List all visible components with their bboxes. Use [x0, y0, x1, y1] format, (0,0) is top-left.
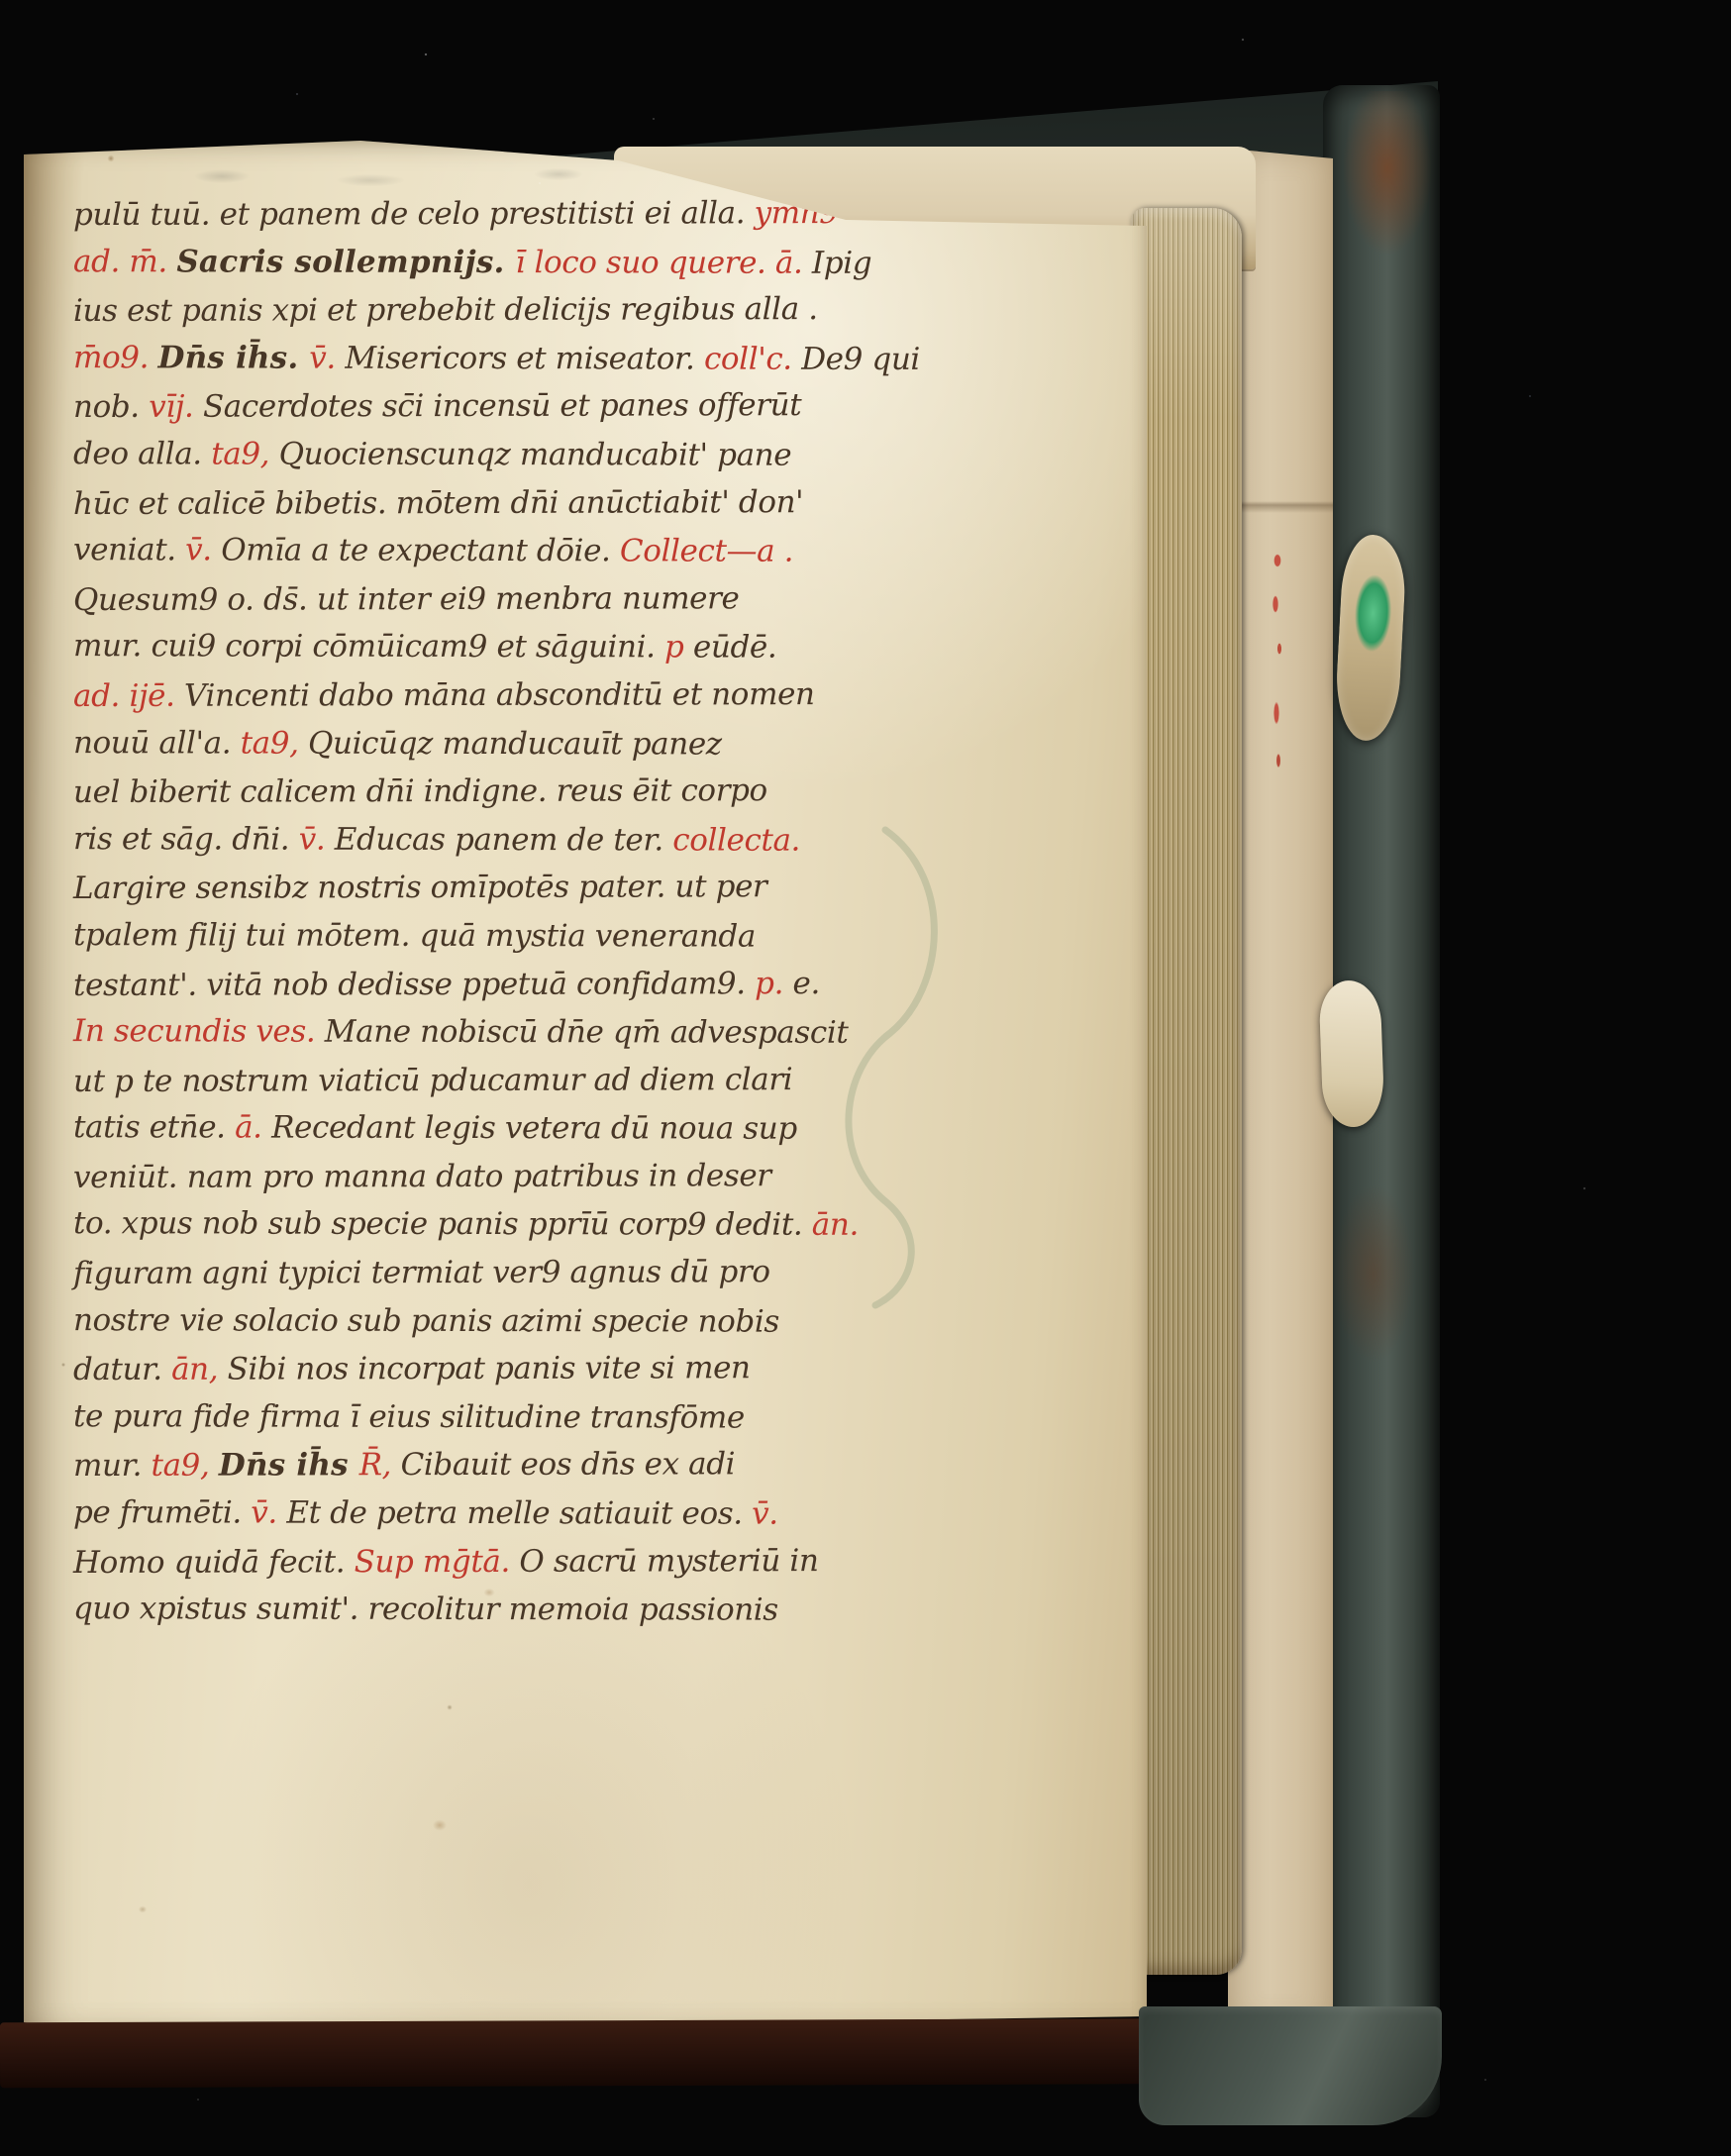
- ink-text: figuram agni typici termiat ver9 agnus d…: [73, 1254, 770, 1291]
- manuscript-line: veniūt. nam pro manna dato patribus in d…: [73, 1152, 865, 1202]
- manuscript-line: pe frumēti. v̄. Et de petra melle satiau…: [73, 1489, 865, 1538]
- ink-text: deo alla.: [73, 436, 211, 471]
- ink-text: Sibi nos incorpat panis vite si men: [228, 1351, 751, 1387]
- ink-text: Misericors et miseator.: [345, 341, 704, 377]
- manuscript-line: ad. ijē. Vincenti dabo māna absconditū e…: [73, 670, 865, 721]
- rubric-text: ān,: [171, 1352, 228, 1387]
- ink-text: O sacrū mysteriū in: [519, 1543, 818, 1580]
- rubric-text: ad. ijē.: [73, 678, 184, 714]
- ink-text: Vincenti dabo māna absconditū et nomen: [184, 676, 815, 714]
- rubric-text: In secundis ves.: [73, 1013, 325, 1050]
- manuscript-line: nob. vīj. Sacerdotes sc̄i incensū et pan…: [73, 381, 865, 432]
- rubric-text: p.: [755, 966, 792, 1001]
- ink-text: mur.: [73, 1448, 152, 1484]
- ink-text: nouū all'a.: [73, 725, 241, 761]
- manuscript-line: te pura fide firma ī eius silitudine tra…: [73, 1392, 865, 1442]
- ink-text: Ipig: [812, 245, 871, 280]
- ink-text: nob.: [73, 389, 149, 425]
- ink-text: mur. cui9 corpi cōmūicam9 et sāguini.: [73, 629, 664, 666]
- rubric-text: ā.: [235, 1110, 271, 1146]
- ink-text: Sacerdotes sc̄i incensū et panes offerūt: [203, 387, 801, 425]
- ink-text: Mane nobiscū dn̄e qm̄ advespascit: [325, 1014, 849, 1051]
- ink-text: Quocienscunqz manducabit' pane: [279, 437, 792, 473]
- manuscript-line: to. xpus nob sub specie panis pprīū corp…: [73, 1200, 865, 1250]
- rubric-text: m̄o9.: [73, 340, 158, 375]
- cover-corner: [1139, 2006, 1442, 2125]
- red-ink-drips: [1266, 545, 1295, 782]
- ink-text: tatis etn̄e.: [73, 1109, 235, 1145]
- rubric-text: ī loco suo quere. ā.: [515, 245, 812, 281]
- rubric-text: v̄.: [299, 821, 335, 857]
- manuscript-line: deo alla. ta9, Quocienscunqz manducabit'…: [73, 430, 865, 479]
- manuscript-page: pulū tuū. et panem de celo prestitisti e…: [24, 137, 1147, 2036]
- ink-text: nostre vie solacio sub panis azimi speci…: [73, 1302, 779, 1339]
- ink-text: Educas panem de ter.: [335, 821, 673, 858]
- rubric-text: ta9,: [241, 725, 308, 761]
- ink-text: Cibauit eos dn̄s ex adi: [400, 1447, 735, 1484]
- manuscript-line: In secundis ves. Mane nobiscū dn̄e qm̄ a…: [73, 1007, 865, 1057]
- manuscript-line: tpalem filij tui mōtem. quā mystia vener…: [73, 911, 865, 961]
- manuscript-line: tatis etn̄e. ā. Recedant legis vetera dū…: [73, 1103, 865, 1153]
- ink-text: ris et sāg. dn̄i.: [73, 821, 299, 857]
- flyleaf-edge: [1228, 149, 1333, 2026]
- manuscript-line: ad. m̄. Sacris sollempnijs. ī loco suo q…: [73, 238, 865, 287]
- rubric-text: Collect—a .: [620, 533, 793, 568]
- rubric-text: Sup mḡtā.: [355, 1543, 520, 1579]
- ink-text: veniūt. nam pro manna dato patribus in d…: [73, 1158, 771, 1195]
- rubric-text: vīj.: [149, 389, 203, 425]
- rubric-text: ān.: [812, 1207, 859, 1243]
- rubric-text: v̄.: [309, 340, 345, 375]
- manuscript-line: testant'. vitā nob dedisse ppetuā confid…: [73, 959, 865, 1009]
- cover-wear-patch: [1333, 91, 1432, 349]
- manuscript-line: ius est panis xpi et prebebit delicijs r…: [73, 285, 865, 336]
- manuscript-line: Quesum9 o. ds̄. ut inter ei9 menbra nume…: [73, 574, 865, 625]
- ink-text: te pura fide firma ī eius silitudine tra…: [73, 1398, 745, 1435]
- fore-edge-pages: [1131, 208, 1242, 1975]
- manuscript-line: ris et sāg. dn̄i. v̄. Educas panem de te…: [73, 815, 865, 865]
- manuscript-line: figuram agni typici termiat ver9 agnus d…: [73, 1248, 865, 1298]
- rubric-text: v̄.: [251, 1495, 286, 1531]
- manuscript-line: pulū tuū. et panem de celo prestitisti e…: [73, 189, 865, 240]
- ink-text: eūdē.: [693, 630, 776, 666]
- manuscript-line: datur. ān, Sibi nos incorpat panis vite …: [73, 1344, 865, 1394]
- text-block: pulū tuū. et panem de celo prestitisti e…: [73, 190, 865, 1634]
- rubric-text: R̄,: [359, 1448, 401, 1484]
- manuscript-line: quo xpistus sumit'. recolitur memoia pas…: [73, 1585, 865, 1634]
- manuscript-line: mur. cui9 corpi cōmūicam9 et sāguini. p …: [73, 623, 865, 672]
- manuscript-line: veniat. v̄. Omīa a te expectant dōie. Co…: [73, 526, 865, 575]
- rubric-text: ta9,: [211, 436, 278, 471]
- ink-text: quo xpistus sumit'. recolitur memoia pas…: [73, 1591, 778, 1627]
- bottom-cover-edge: [0, 2018, 1299, 2089]
- ink-text: e.: [792, 966, 820, 1001]
- ink-text: Quicūqz manducauīt panez: [308, 725, 722, 762]
- rubric-text: v̄.: [185, 533, 221, 568]
- ink-text: tpalem filij tui mōtem. quā mystia vener…: [73, 917, 756, 954]
- ink-text: De9 qui: [801, 341, 920, 376]
- ink-text: testant'. vitā nob dedisse ppetuā confid…: [73, 966, 755, 1003]
- ink-text: Quesum9 o. ds̄. ut inter ei9 menbra nume…: [73, 580, 740, 618]
- rubric-text: collecta.: [672, 822, 800, 858]
- photo-background: pulū tuū. et panem de celo prestitisti e…: [0, 0, 1731, 2156]
- ink-text: Sacris sollempnijs.: [176, 244, 515, 280]
- manuscript-line: nouū all'a. ta9, Quicūqz manducauīt pane…: [73, 719, 865, 769]
- rubric-text: ad. m̄.: [73, 244, 176, 279]
- ink-text: Homo quidā fecit.: [73, 1544, 355, 1581]
- ink-text: pulū tuū. et panem de celo prestitisti e…: [73, 195, 755, 233]
- rubric-text: p: [664, 630, 693, 666]
- ink-text: pe frumēti.: [73, 1494, 251, 1530]
- ink-text: uel biberit calicem dn̄i indigne. reus ē…: [73, 772, 767, 810]
- ink-text: Et de petra melle satiauit eos.: [286, 1495, 752, 1532]
- bookmark-tab-cream: [1318, 979, 1384, 1128]
- manuscript-line: ut p te nostrum viaticū pducamur ad diem…: [73, 1056, 865, 1106]
- manuscript-line: mur. ta9, Dn̄s ih̄s R̄, Cibauit eos dn̄s…: [73, 1440, 865, 1490]
- rubric-text: ta9,: [151, 1448, 218, 1484]
- ink-text: Largire sensibz nostris omīpotēs pater. …: [73, 870, 767, 907]
- ink-text: datur.: [73, 1352, 171, 1387]
- manuscript-line: uel biberit calicem dn̄i indigne. reus ē…: [73, 767, 865, 817]
- manuscript-line: nostre vie solacio sub panis azimi speci…: [73, 1296, 865, 1346]
- rubric-text: v̄.: [752, 1496, 778, 1532]
- manuscript-line: Homo quidā fecit. Sup mḡtā. O sacrū myst…: [73, 1537, 865, 1588]
- manuscript-line: m̄o9. Dn̄s ih̄s. v̄. Misericors et misea…: [73, 334, 865, 383]
- manuscript-line: Largire sensibz nostris omīpotēs pater. …: [73, 863, 865, 913]
- ink-text: Dn̄s ih̄s: [219, 1448, 359, 1484]
- ink-text: ius est panis xpi et prebebit delicijs r…: [73, 291, 818, 329]
- cover-wear-patch: [1329, 1125, 1428, 1422]
- ink-text: to. xpus nob sub specie panis pprīū corp…: [73, 1206, 812, 1244]
- manuscript-line: hūc et calicē bibetis. mōtem dn̄i anūcti…: [73, 478, 865, 529]
- rubric-text: coll'c.: [704, 341, 801, 376]
- ink-text: hūc et calicē bibetis. mōtem dn̄i anūcti…: [73, 484, 803, 522]
- ink-text: Recedant legis vetera dū noua sup: [271, 1110, 797, 1147]
- ink-text: Omīa a te expectant dōie.: [221, 533, 620, 569]
- ink-text: veniat.: [73, 532, 185, 567]
- ink-text: ut p te nostrum viaticū pducamur ad diem…: [73, 1062, 792, 1099]
- ink-text: Dn̄s ih̄s.: [157, 340, 309, 375]
